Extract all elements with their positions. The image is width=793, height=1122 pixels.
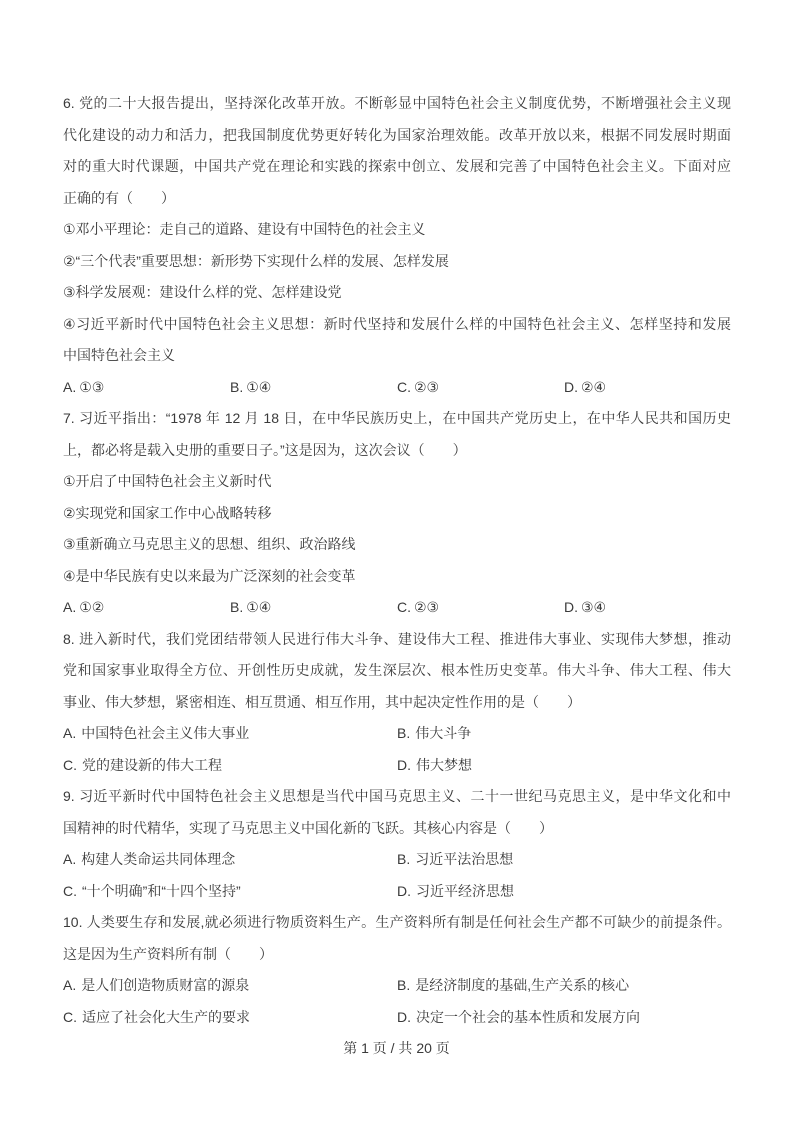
choice-b: B.①④ — [230, 372, 397, 404]
choice-label: D. — [564, 592, 578, 624]
choice-label: B. — [397, 970, 410, 1002]
exam-page-body: 6. 党的二十大报告提出，坚持深化改革开放。不断彰显中国特色社会主义制度优势，不… — [63, 88, 731, 1033]
question-7-choice-row: A.①② B.①④ C.②③ D.③④ — [63, 592, 731, 624]
choice-a: A.是人们创造物质财富的源泉 — [63, 970, 397, 1002]
choice-label: C. — [63, 876, 77, 908]
choice-c: C.②③ — [397, 372, 564, 404]
choice-text: 适应了社会化大生产的要求 — [82, 1002, 250, 1034]
choice-text: ①③ — [79, 372, 104, 404]
choice-a: A.中国特色社会主义伟大事业 — [63, 718, 397, 750]
choice-d: D.③④ — [564, 592, 731, 624]
choice-label: D. — [397, 750, 411, 782]
question-9-choice-row: A.构建人类命运共同体理念 B.习近平法治思想 — [63, 844, 731, 876]
choice-text: 构建人类命运共同体理念 — [81, 844, 235, 876]
question-10: 10. 人类要生存和发展,就必须进行物质资料生产。生产资料所有制是任何社会生产都… — [63, 907, 731, 1033]
question-8-choice-row: C.党的建设新的伟大工程 D.伟大梦想 — [63, 750, 731, 782]
choice-text: ②③ — [414, 592, 439, 624]
question-10-stem-line: 10. 人类要生存和发展,就必须进行物质资料生产。生产资料所有制是任何社会生产都… — [63, 907, 731, 939]
choice-label: C. — [397, 372, 411, 404]
choice-text: “十个明确”和“十四个坚持” — [82, 876, 241, 908]
question-8: 8. 进入新时代，我们党团结带领人民进行伟大斗争、建设伟大工程、推进伟大事业、实… — [63, 624, 731, 782]
question-9: 9. 习近平新时代中国特色社会主义思想是当代中国马克思主义、二十一世纪马克思主义… — [63, 781, 731, 907]
question-10-choice-row: C.适应了社会化大生产的要求 D.决定一个社会的基本性质和发展方向 — [63, 1002, 731, 1034]
question-9-stem-line: 国精神的时代精华，实现了马克思主义中国化新的飞跃。其核心内容是（ ） — [63, 813, 731, 845]
choice-a: A.①③ — [63, 372, 230, 404]
question-6-item-3: ③科学发展观：建设什么样的党、怎样建设党 — [63, 277, 731, 309]
choice-label: D. — [397, 876, 411, 908]
question-6-item-4: ④习近平新时代中国特色社会主义思想：新时代坚持和发展什么样的中国特色社会主义、怎… — [63, 309, 731, 341]
question-9-choice-row: C.“十个明确”和“十四个坚持” D.习近平经济思想 — [63, 876, 731, 908]
question-10-choice-row: A.是人们创造物质财富的源泉 B.是经济制度的基础,生产关系的核心 — [63, 970, 731, 1002]
question-8-stem-line: 事业、伟大梦想，紧密相连、相互贯通、相互作用，其中起决定性作用的是（ ） — [63, 687, 731, 719]
choice-c: C.②③ — [397, 592, 564, 624]
question-6-choice-row: A.①③ B.①④ C.②③ D.②④ — [63, 372, 731, 404]
question-7-item-2: ②实现党和国家工作中心战略转移 — [63, 498, 731, 530]
question-6-stem-line: 代化建设的动力和活力，把我国制度优势更好转化为国家治理效能。改革开放以来，根据不… — [63, 120, 731, 152]
choice-text: 是人们创造物质财富的源泉 — [81, 970, 249, 1002]
question-7-item-3: ③重新确立马克思主义的思想、组织、政治路线 — [63, 529, 731, 561]
choice-label: A. — [63, 718, 76, 750]
question-10-stem-line: 这是因为生产资料所有制（ ） — [63, 939, 731, 971]
choice-text: ③④ — [581, 592, 606, 624]
choice-text: ①④ — [246, 372, 271, 404]
choice-label: B. — [230, 592, 243, 624]
question-6-item-4-wrap: 中国特色社会主义 — [63, 340, 731, 372]
choice-text: ②④ — [581, 372, 606, 404]
choice-b: B.是经济制度的基础,生产关系的核心 — [397, 970, 731, 1002]
choice-d: D.决定一个社会的基本性质和发展方向 — [397, 1002, 731, 1034]
choice-d: D.习近平经济思想 — [397, 876, 731, 908]
choice-b: B.伟大斗争 — [397, 718, 731, 750]
choice-d: D.伟大梦想 — [397, 750, 731, 782]
choice-label: D. — [397, 1002, 411, 1034]
question-8-stem-line: 8. 进入新时代，我们党团结带领人民进行伟大斗争、建设伟大工程、推进伟大事业、实… — [63, 624, 731, 656]
question-9-stem-line: 9. 习近平新时代中国特色社会主义思想是当代中国马克思主义、二十一世纪马克思主义… — [63, 781, 731, 813]
question-6-stem-line: 正确的有（ ） — [63, 183, 731, 215]
choice-text: 中国特色社会主义伟大事业 — [81, 718, 249, 750]
choice-a: A.①② — [63, 592, 230, 624]
choice-label: C. — [63, 750, 77, 782]
choice-text: 决定一个社会的基本性质和发展方向 — [416, 1002, 640, 1034]
choice-d: D.②④ — [564, 372, 731, 404]
question-7-stem-line: 7. 习近平指出：“1978 年 12 月 18 日，在中华民族历史上，在中国共… — [63, 403, 731, 435]
page-footer: 第 1 页 / 共 20 页 — [0, 1033, 793, 1065]
question-7-stem-line: 上，都必将是载入史册的重要日子。”这是因为，这次会议（ ） — [63, 435, 731, 467]
choice-label: A. — [63, 844, 76, 876]
question-6: 6. 党的二十大报告提出，坚持深化改革开放。不断彰显中国特色社会主义制度优势，不… — [63, 88, 731, 403]
choice-text: 伟大斗争 — [415, 718, 471, 750]
choice-c: C.适应了社会化大生产的要求 — [63, 1002, 397, 1034]
page-number: 第 1 页 / 共 20 页 — [343, 1040, 450, 1056]
choice-label: C. — [63, 1002, 77, 1034]
choice-b: B.习近平法治思想 — [397, 844, 731, 876]
choice-c: C.党的建设新的伟大工程 — [63, 750, 397, 782]
choice-label: C. — [397, 592, 411, 624]
question-7: 7. 习近平指出：“1978 年 12 月 18 日，在中华民族历史上，在中国共… — [63, 403, 731, 624]
choice-text: 习近平经济思想 — [416, 876, 514, 908]
choice-text: ①② — [79, 592, 104, 624]
question-7-item-4: ④是中华民族有史以来最为广泛深刻的社会变革 — [63, 561, 731, 593]
question-7-item-1: ①开启了中国特色社会主义新时代 — [63, 466, 731, 498]
question-6-stem-line: 对的重大时代课题，中国共产党在理论和实践的探索中创立、发展和完善了中国特色社会主… — [63, 151, 731, 183]
choice-label: B. — [397, 844, 410, 876]
question-8-stem-line: 党和国家事业取得全方位、开创性历史成就，发生深层次、根本性历史变革。伟大斗争、伟… — [63, 655, 731, 687]
choice-text: ②③ — [414, 372, 439, 404]
choice-c: C.“十个明确”和“十四个坚持” — [63, 876, 397, 908]
question-6-item-1: ①邓小平理论：走自己的道路、建设有中国特色的社会主义 — [63, 214, 731, 246]
choice-b: B.①④ — [230, 592, 397, 624]
choice-label: D. — [564, 372, 578, 404]
question-6-stem-line: 6. 党的二十大报告提出，坚持深化改革开放。不断彰显中国特色社会主义制度优势，不… — [63, 88, 731, 120]
choice-text: 是经济制度的基础,生产关系的核心 — [415, 970, 629, 1002]
choice-label: B. — [397, 718, 410, 750]
question-6-item-2: ②“三个代表”重要思想：新形势下实现什么样的发展、怎样发展 — [63, 246, 731, 278]
choice-label: A. — [63, 592, 76, 624]
choice-label: A. — [63, 372, 76, 404]
choice-text: ①④ — [246, 592, 271, 624]
choice-a: A.构建人类命运共同体理念 — [63, 844, 397, 876]
choice-text: 党的建设新的伟大工程 — [82, 750, 222, 782]
choice-text: 习近平法治思想 — [415, 844, 513, 876]
choice-label: B. — [230, 372, 243, 404]
question-8-choice-row: A.中国特色社会主义伟大事业 B.伟大斗争 — [63, 718, 731, 750]
choice-text: 伟大梦想 — [416, 750, 472, 782]
choice-label: A. — [63, 970, 76, 1002]
